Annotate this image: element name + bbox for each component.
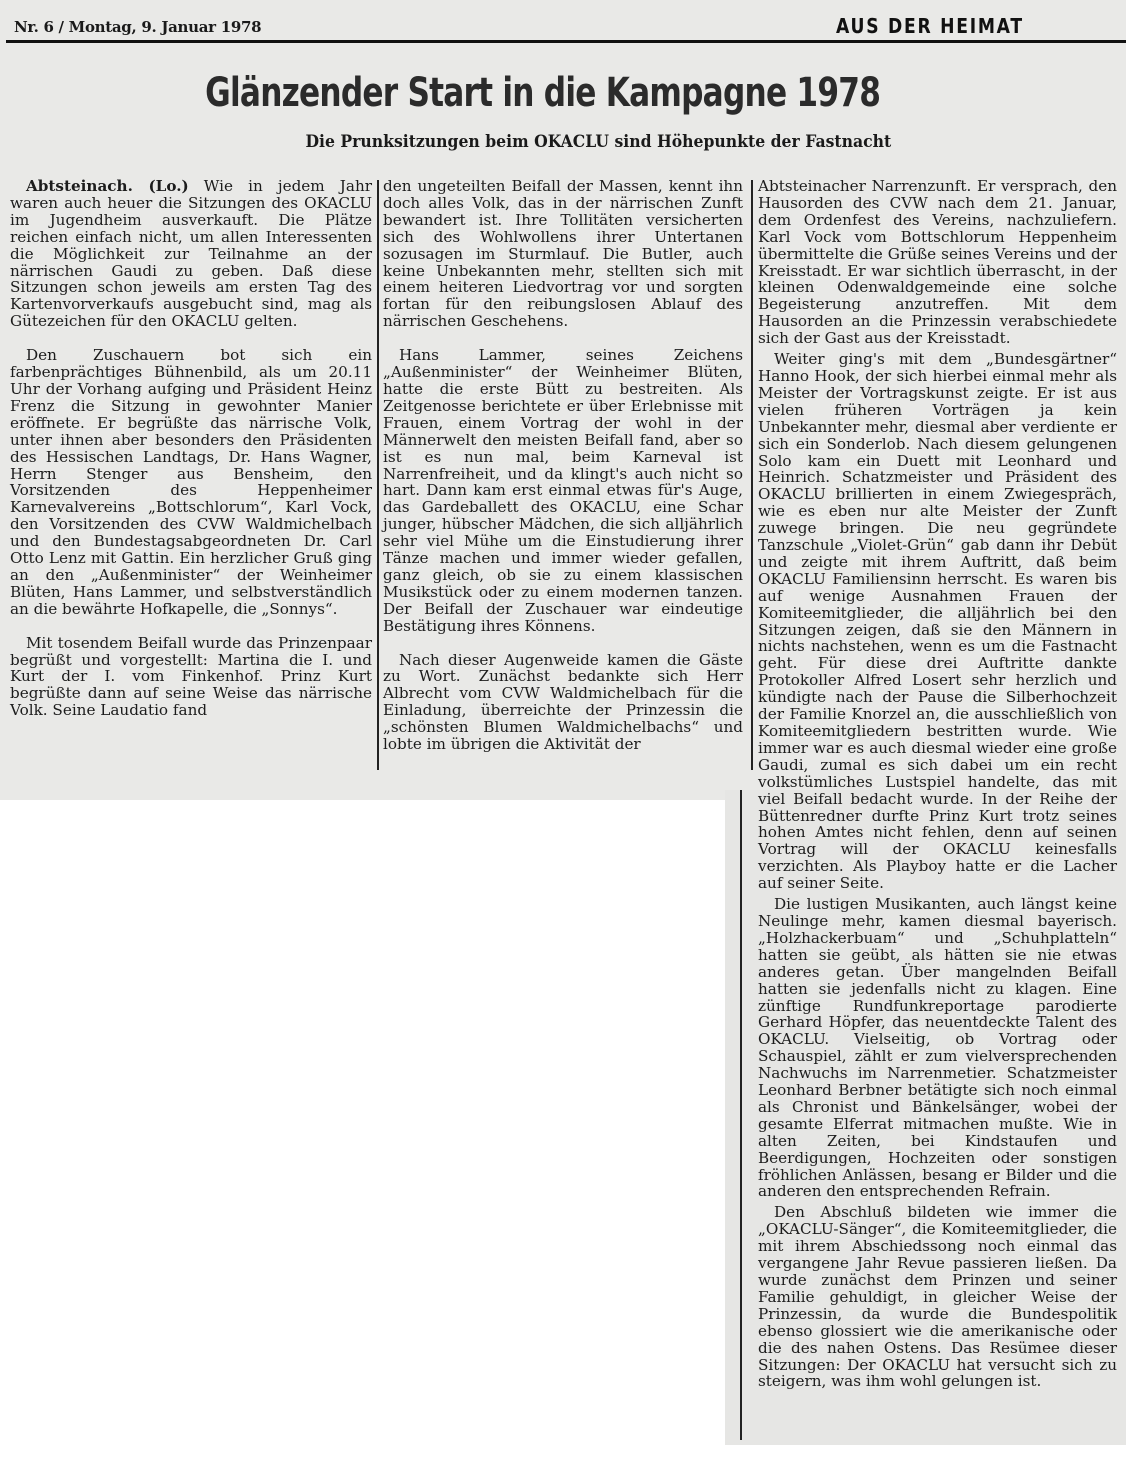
article-column-3: Abtsteinacher Narrenzunft. Er versprach,… (758, 178, 1117, 1390)
masthead: Nr. 6 / Montag, 9. Januar 1978 AUS DER H… (14, 14, 1126, 42)
article-headline: Glänzender Start in die Kampagne 1978 (0, 70, 1126, 116)
column-divider (377, 180, 379, 770)
article-column-1: Abtsteinach. (Lo.) Wie in jedem Jahr war… (10, 178, 372, 719)
paragraph: Den Abschluß bildeten wie immer die „OKA… (758, 1204, 1117, 1390)
paragraph: Abtsteinach. (Lo.) Wie in jedem Jahr war… (10, 178, 372, 330)
paragraph: den ungeteilten Beifall der Massen, kenn… (383, 178, 743, 330)
article-subheadline: Die Prunksitzungen beim OKACLU sind Höhe… (0, 132, 1126, 152)
issue-dateline: Nr. 6 / Montag, 9. Januar 1978 (14, 18, 261, 36)
paragraph: Abtsteinacher Narrenzunft. Er versprach,… (758, 178, 1117, 347)
column-divider (751, 180, 753, 770)
column-divider (740, 790, 742, 1440)
paragraph: Nach dieser Augenweide kamen die Gäste z… (383, 652, 743, 753)
paragraph: Den Zuschauern bot sich ein farbenprächt… (10, 347, 372, 618)
masthead-rule (6, 40, 1126, 43)
paragraph: Hans Lammer, seines Zeichens „Außenminis… (383, 347, 743, 634)
paragraph: Weiter ging's mit dem „Bundesgärtner“ Ha… (758, 351, 1117, 892)
paragraph: Mit tosendem Beifall wurde das Prinzenpa… (10, 635, 372, 720)
paragraph: Die lustigen Musikanten, auch längst kei… (758, 896, 1117, 1200)
article-column-2: den ungeteilten Beifall der Massen, kenn… (383, 178, 743, 753)
section-title: AUS DER HEIMAT (836, 14, 1024, 38)
dateline: Abtsteinach. (Lo.) (26, 177, 189, 195)
